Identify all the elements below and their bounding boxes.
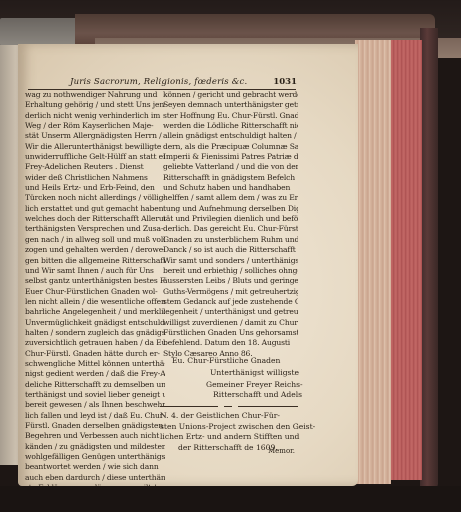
text-line: beantwortet werden / wie sich dann [25,462,165,472]
text-line: deliche Ritterschafft zu demselben un- [25,380,165,390]
page-stack-edges [355,40,391,484]
text-line: und Wir samt Ihnen / auch für Uns [25,266,165,276]
text-line: Türcken noch nicht allerdings / völlig- [25,193,165,203]
text-line: selbst gantz unterthänigsten bestes Flei… [25,276,165,286]
text-line: wohlgefälligen Genügen unterthänigst [25,452,165,462]
signatory-line: Ritterschafft und Adels [213,390,302,399]
running-header: Juris Sacrorum, Religionis, fœderis &c. … [56,77,291,89]
text-line: welches doch der Ritterschafft Allerun- [25,214,165,224]
text-line: tät und Privilegien dienlich und beför- [163,214,298,224]
heading-line: lichen Ertz- und andern Stifften und [160,432,300,443]
text-line: gen bitten die allgemeine Ritterschafft [25,256,165,266]
text-line: stät Unserm Allergnädigsten Herrn / [25,131,165,141]
text-line: bereit gewesen / als Ihnen beschwehr- [25,400,165,410]
text-line: und Heils Ertz- und Erb-Feind, den [25,183,165,193]
text-line: allein gnädigst entschuldigt halten / so… [163,131,298,141]
text-line: lich fallen und leyd ist / daß Eu. Chur- [25,411,165,421]
text-line: dern, als die Præcipuæ Columnæ Sacri [163,142,298,152]
background-bottom [0,486,461,512]
text-line: Guths-Vermögens / mit getreuhertzig- [163,287,298,297]
text-line: zogen und gehalten werden / derowe- [25,245,165,255]
text-line: Unvermüglichkeit gnädigst entschuldigt [25,318,165,328]
text-line: stem Gedanck auf jede zustehende Ge- [163,297,298,307]
text-line: gen nach / in allweg soll und muß vollin… [25,235,165,245]
section-separator [238,406,298,407]
text-line: halten / sondern zugleich das gnädigst [25,328,165,338]
text-line: len nicht allein / die wesentliche offen… [25,297,165,307]
text-line: zuversichtlich getrauen haben / da Eu. [25,338,165,348]
text-line: Seyen demnach unterthänigster getrö- [163,100,298,110]
text-line: wag zu nothwendiger Nahrung und [25,90,165,100]
text-line: lich erstattet und gut gemacht haben / [25,204,165,214]
text-line: legenheit / unterthänigst und getreu- [163,307,298,317]
text-line: Gnaden zu unsterblichem Ruhm und [163,235,298,245]
page-number: 1031 [273,77,297,87]
heading-line: N. 4. der Geistlichen Chur-Für- [160,411,300,422]
text-line: bahrliche Angelegenheit / und merklich [25,307,165,317]
text-line: nigst gedient werden / daß die Frey-A- [25,369,165,379]
text-line: Ritterschafft in gnädigstem Befelch [163,173,298,183]
left-text-column: wag zu nothwendiger Nahrung und Erhaltun… [25,90,165,504]
text-line: und Schutz haben und handhaben [163,183,298,193]
text-line: Begehren und Verbessen auch nicht [25,431,165,441]
text-line: bereit und erbiethig / solliches ohngesp… [163,266,298,276]
text-line: Wir samt und sonders / unterthänigst [163,256,298,266]
text-line: befehlend. Datum den 18. Augusti [163,338,298,348]
text-line: Wir die Allerunterthänigst bewilligte [25,142,165,152]
text-line: wider deß Christlichen Nahmens [25,173,165,183]
closing-subscription: Unterthänigst willigste [210,368,299,377]
running-head-title: Juris Sacrorum, Religionis, fœderis &c. [70,77,247,87]
section-separator [160,406,218,407]
catchword: Memor. [268,447,295,455]
text-line: auch eben dardurch / diese unterthänig- [25,473,165,483]
text-line: terthänigsten Versprechen und Zusa- [25,224,165,234]
text-line: Frey-Adelichen Reuters . Dienst [25,162,165,172]
text-line: Fürstl. Gnaden derselben gnädigsten [25,421,165,431]
text-line: Danck / so ist auch die Ritterschafft un… [163,245,298,255]
section-separator [224,406,232,407]
text-line: Chur-Fürstl. Gnaden hätte durch er- [25,349,165,359]
text-line: Euer Chur-Fürstlichen Gnaden wol- [25,287,165,297]
text-line: derlich. Das gereicht Eu. Chur-Fürstl. [163,224,298,234]
book-cover-spine-edge [420,28,438,488]
text-line: geliebte Vatterland / und die von der [163,162,298,172]
closing-salutation: Eu. Chur-Fürstliche Gnaden [172,356,280,365]
text-line: Erhaltung gehörig / und stett Uns jen- [25,100,165,110]
signatory-line: Gemeiner Freyer Reichs- [206,380,303,389]
right-text-column: können / gericht und gebracht werden. Se… [163,90,298,359]
text-line: känden / zu gnädigsten und mildesten [25,442,165,452]
text-line: Weg / der Röm Kayserlichen Maje- [25,121,165,131]
text-line: derlich nicht wenig verhinderlich im [25,111,165,121]
text-line: terthänigst und soviel lieber geneigt un… [25,390,165,400]
text-line: werden die Lödliche Ritterschafft nicht [163,121,298,131]
text-line: schwengliche Mittel können unterthä- [25,359,165,369]
text-line: Fürstlichen Gnaden Uns gehorsamst [163,328,298,338]
text-line: tung und Aufnehmung derselben Digni- [163,204,298,214]
heading-line: sten Unions-Project zwischen den Geist- [160,422,300,433]
text-line: ster Hoffnung Eu. Chur-Fürstl. Gnaden [163,111,298,121]
red-fore-edge [390,40,422,480]
text-line: können / gericht und gebracht werden. [163,90,298,100]
text-line: Imperii & Fienissimi Patres Patriæ das [163,152,298,162]
text-line: helffen / samt allem dem / was zu Erhal- [163,193,298,203]
text-line: äussersten Leibs / Bluts und geringen [163,276,298,286]
adjacent-book-edge [0,18,80,46]
text-line: willigst zuverdienen / damit zu Chur- [163,318,298,328]
text-line: unwiderruffliche Gelt-Hülff an statt ein… [25,152,165,162]
